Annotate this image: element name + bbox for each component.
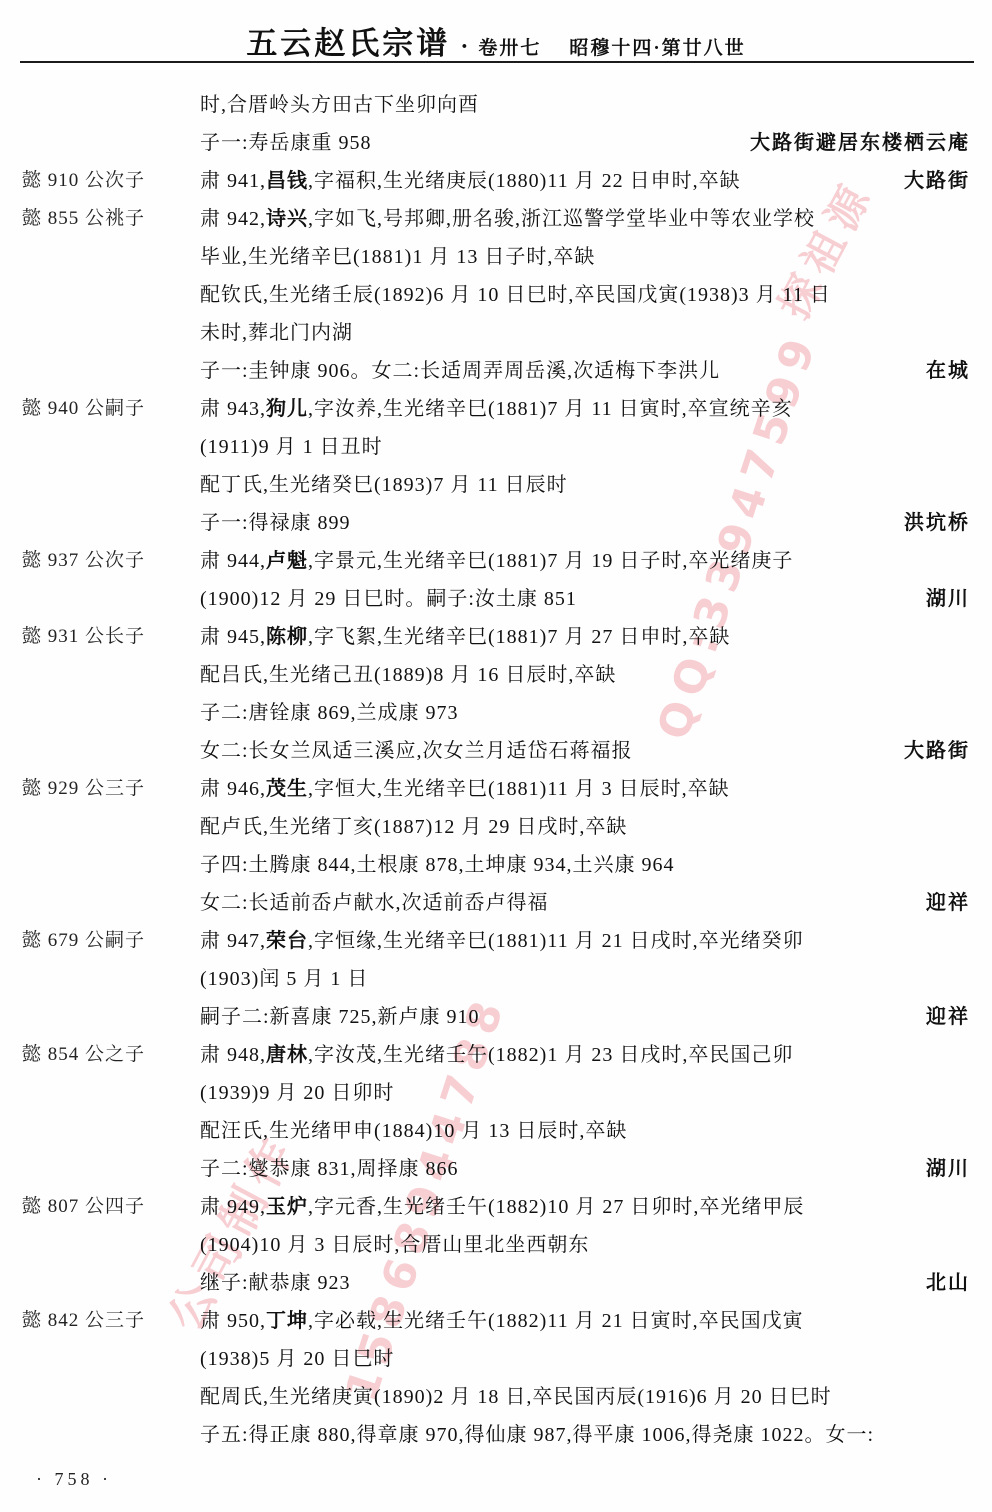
entry-line: (1904)10 月 3 日辰时,合厝山里北坐西朝东 — [0, 1226, 992, 1264]
location-tag: 迎祥 — [926, 998, 970, 1036]
text-segment: 肃 950, — [200, 1310, 266, 1332]
entry-line: 子五:得正康 880,得章康 970,得仙康 987,得平康 1006,得尧康 … — [0, 1416, 992, 1454]
text-segment: 子四:土腾康 844,土根康 878,土坤康 934,土兴康 964 — [200, 854, 675, 876]
entry-line: 懿 842 公三子肃 950,丁坤,字必载,生光绪壬午(1882)11 月 21… — [0, 1302, 992, 1340]
entry-text: 肃 945,陈柳,字飞絮,生光绪辛巳(1881)7 月 27 日申时,卒缺 — [200, 618, 992, 656]
text-segment: (1938)5 月 20 日巳时 — [200, 1348, 394, 1370]
entry-line: (1939)9 月 20 日卯时 — [0, 1074, 992, 1112]
entry-line: 子二:燮恭康 831,周择康 866湖川 — [0, 1150, 992, 1188]
entry-line: 配丁氏,生光绪癸巳(1893)7 月 11 日辰时 — [0, 466, 992, 504]
person-name: 唐林 — [266, 1044, 308, 1066]
entry-line: 配钦氏,生光绪壬辰(1892)6 月 10 日巳时,卒民国戊寅(1938)3 月… — [0, 276, 992, 314]
entry-text: 子二:唐铨康 869,兰成康 973 — [200, 694, 992, 732]
text-segment: 肃 942, — [200, 208, 266, 230]
margin-label: 懿 855 公祧子 — [22, 200, 145, 238]
text-segment: 子二:燮恭康 831,周择康 866 — [200, 1158, 459, 1180]
entry-text: 子五:得正康 880,得章康 970,得仙康 987,得平康 1006,得尧康 … — [200, 1416, 992, 1454]
location-tag: 大路街 — [904, 162, 970, 200]
margin-label: 懿 931 公长子 — [22, 618, 145, 656]
entry-text: 配吕氏,生光绪己丑(1889)8 月 16 日辰时,卒缺 — [200, 656, 992, 694]
entry-text: 配丁氏,生光绪癸巳(1893)7 月 11 日辰时 — [200, 466, 992, 504]
person-name: 茂生 — [266, 778, 308, 800]
entry-line: 懿 854 公之子肃 948,唐林,字汝茂,生光绪壬午(1882)1 月 23 … — [0, 1036, 992, 1074]
person-name: 昌钱 — [266, 170, 308, 192]
entry-line: (1911)9 月 1 日丑时 — [0, 428, 992, 466]
margin-label: 懿 910 公次子 — [22, 162, 145, 200]
text-segment: ,字恒大,生光绪辛巳(1881)11 月 3 日辰时,卒缺 — [308, 778, 730, 800]
text-segment: 配吕氏,生光绪己丑(1889)8 月 16 日辰时,卒缺 — [200, 664, 616, 686]
book-title: 五云赵氏宗谱 — [246, 18, 450, 63]
text-segment: 肃 941, — [200, 170, 266, 192]
location-tag: 湖川 — [926, 1150, 970, 1188]
entry-text: 肃 948,唐林,字汝茂,生光绪壬午(1882)1 月 23 日戌时,卒民国己卯 — [200, 1036, 992, 1074]
text-segment: (1911)9 月 1 日丑时 — [200, 436, 383, 458]
entry-text: 子二:燮恭康 831,周择康 866 — [200, 1150, 992, 1188]
text-segment: 嗣子二:新喜康 725,新卢康 910 — [200, 1006, 480, 1028]
entry-text: 继子:献恭康 923 — [200, 1264, 992, 1302]
text-segment: 子五:得正康 880,得章康 970,得仙康 987,得平康 1006,得尧康 … — [200, 1424, 874, 1446]
entry-line: 配吕氏,生光绪己丑(1889)8 月 16 日辰时,卒缺 — [0, 656, 992, 694]
entry-text: 配卢氏,生光绪丁亥(1887)12 月 29 日戌时,卒缺 — [200, 808, 992, 846]
entry-line: (1900)12 月 29 日巳时。嗣子:汝土康 851湖川 — [0, 580, 992, 618]
header-divider — [20, 61, 974, 63]
entry-line: 继子:献恭康 923北山 — [0, 1264, 992, 1302]
entry-line: 嗣子二:新喜康 725,新卢康 910迎祥 — [0, 998, 992, 1036]
entry-text: (1903)闰 5 月 1 日 — [200, 960, 992, 998]
text-segment: ,字恒缘,生光绪辛巳(1881)11 月 21 日戌时,卒光绪癸卯 — [308, 930, 804, 952]
entry-text: 时,合厝岭头方田古下坐卯向酉 — [200, 86, 992, 124]
title-separator-dot: · — [460, 34, 468, 61]
text-segment: (1903)闰 5 月 1 日 — [200, 968, 368, 990]
text-segment: 配汪氏,生光绪甲申(1884)10 月 13 日辰时,卒缺 — [200, 1120, 627, 1142]
margin-label: 懿 807 公四子 — [22, 1188, 145, 1226]
text-segment: 肃 947, — [200, 930, 266, 952]
entry-text: 嗣子二:新喜康 725,新卢康 910 — [200, 998, 992, 1036]
margin-label: 懿 940 公嗣子 — [22, 390, 145, 428]
entry-line: 配汪氏,生光绪甲申(1884)10 月 13 日辰时,卒缺 — [0, 1112, 992, 1150]
location-tag: 大路街 — [904, 732, 970, 770]
entry-line: 懿 679 公嗣子肃 947,荣台,字恒缘,生光绪辛巳(1881)11 月 21… — [0, 922, 992, 960]
location-tag: 洪坑桥 — [904, 504, 970, 542]
entry-line: 懿 929 公三子肃 946,茂生,字恒大,生光绪辛巳(1881)11 月 3 … — [0, 770, 992, 808]
location-tag: 大路街避居东楼栖云庵 — [750, 124, 970, 162]
entry-text: 肃 944,卢魁,字景元,生光绪辛巳(1881)7 月 19 日子时,卒光绪庚子 — [200, 542, 992, 580]
entry-text: 配钦氏,生光绪壬辰(1892)6 月 10 日巳时,卒民国戊寅(1938)3 月… — [200, 276, 992, 314]
entry-lines: 时,合厝岭头方田古下坐卯向酉子一:寿岳康重 958大路街避居东楼栖云庵懿 910… — [0, 86, 992, 1454]
entry-line: 子一:寿岳康重 958大路街避居东楼栖云庵 — [0, 124, 992, 162]
person-name: 卢魁 — [266, 550, 308, 572]
entry-text: 肃 950,丁坤,字必载,生光绪壬午(1882)11 月 21 日寅时,卒民国戊… — [200, 1302, 992, 1340]
entry-line: 懿 855 公祧子肃 942,诗兴,字如飞,号邦卿,册名骏,浙江巡警学堂毕业中等… — [0, 200, 992, 238]
text-segment: ,字飞絮,生光绪辛巳(1881)7 月 27 日申时,卒缺 — [308, 626, 730, 648]
entry-text: 未时,葬北门内湖 — [200, 314, 992, 352]
text-segment: 肃 944, — [200, 550, 266, 572]
entry-line: 懿 910 公次子肃 941,昌钱,字福积,生光绪庚辰(1880)11 月 22… — [0, 162, 992, 200]
entry-text: 肃 947,荣台,字恒缘,生光绪辛巳(1881)11 月 21 日戌时,卒光绪癸… — [200, 922, 992, 960]
text-segment: ,字汝茂,生光绪壬午(1882)1 月 23 日戌时,卒民国己卯 — [308, 1044, 793, 1066]
entry-text: (1938)5 月 20 日巳时 — [200, 1340, 992, 1378]
entry-text: (1900)12 月 29 日巳时。嗣子:汝土康 851 — [200, 580, 992, 618]
volume-label: 卷卅七 — [478, 33, 541, 60]
text-segment: 毕业,生光绪辛巳(1881)1 月 13 日子时,卒缺 — [200, 246, 595, 268]
text-segment: 子二:唐铨康 869,兰成康 973 — [200, 702, 459, 724]
entry-line: 子一:圭钟康 906。女二:长适周弄周岳溪,次适梅下李洪儿在城 — [0, 352, 992, 390]
text-segment: 配卢氏,生光绪丁亥(1887)12 月 29 日戌时,卒缺 — [200, 816, 627, 838]
entry-line: 配卢氏,生光绪丁亥(1887)12 月 29 日戌时,卒缺 — [0, 808, 992, 846]
text-segment: 子一:得禄康 899 — [200, 512, 351, 534]
text-segment: 时,合厝岭头方田古下坐卯向酉 — [200, 94, 479, 116]
text-segment: ,字景元,生光绪辛巳(1881)7 月 19 日子时,卒光绪庚子 — [308, 550, 793, 572]
page-number: · 758 · — [36, 1469, 112, 1490]
entry-line: (1903)闰 5 月 1 日 — [0, 960, 992, 998]
text-segment: 子一:圭钟康 906。女二:长适周弄周岳溪,次适梅下李洪儿 — [200, 360, 720, 382]
text-segment: 肃 943, — [200, 398, 266, 420]
person-name: 丁坤 — [266, 1310, 308, 1332]
entry-text: 肃 942,诗兴,字如飞,号邦卿,册名骏,浙江巡警学堂毕业中等农业学校 — [200, 200, 992, 238]
genealogy-page: 五云赵氏宗谱 · 卷卅七 昭穆十四·第廿八世 探祖源QQ:33947599158… — [0, 0, 992, 1512]
entry-line: 懿 940 公嗣子肃 943,狗儿,字汝养,生光绪辛巳(1881)7 月 11 … — [0, 390, 992, 428]
entry-line: 配周氏,生光绪庚寅(1890)2 月 18 日,卒民国丙辰(1916)6 月 2… — [0, 1378, 992, 1416]
text-segment: ,字必载,生光绪壬午(1882)11 月 21 日寅时,卒民国戊寅 — [308, 1310, 804, 1332]
entry-text: 毕业,生光绪辛巳(1881)1 月 13 日子时,卒缺 — [200, 238, 992, 276]
entry-text: 子一:得禄康 899 — [200, 504, 992, 542]
text-segment: ,字元香,生光绪壬午(1882)10 月 27 日卯时,卒光绪甲辰 — [308, 1196, 804, 1218]
location-tag: 迎祥 — [926, 884, 970, 922]
entry-line: 毕业,生光绪辛巳(1881)1 月 13 日子时,卒缺 — [0, 238, 992, 276]
entry-line: 懿 807 公四子肃 949,玉炉,字元香,生光绪壬午(1882)10 月 27… — [0, 1188, 992, 1226]
text-segment: 肃 946, — [200, 778, 266, 800]
entry-text: 肃 946,茂生,字恒大,生光绪辛巳(1881)11 月 3 日辰时,卒缺 — [200, 770, 992, 808]
entry-line: 子一:得禄康 899洪坑桥 — [0, 504, 992, 542]
margin-label: 懿 679 公嗣子 — [22, 922, 145, 960]
text-segment: 肃 949, — [200, 1196, 266, 1218]
entry-line: 女二:长适前岙卢献水,次适前岙卢得福迎祥 — [0, 884, 992, 922]
text-segment: 女二:长女兰凤适三溪应,次女兰月适岱石蒋福报 — [200, 740, 633, 762]
page-header: 五云赵氏宗谱 · 卷卅七 昭穆十四·第廿八世 — [0, 18, 992, 63]
entry-text: 肃 941,昌钱,字福积,生光绪庚辰(1880)11 月 22 日申时,卒缺 — [200, 162, 992, 200]
entry-text: (1904)10 月 3 日辰时,合厝山里北坐西朝东 — [200, 1226, 992, 1264]
person-name: 荣台 — [266, 930, 308, 952]
entry-line: 未时,葬北门内湖 — [0, 314, 992, 352]
text-segment: ,字汝养,生光绪辛巳(1881)7 月 11 日寅时,卒宣统辛亥 — [308, 398, 793, 420]
text-segment: 女二:长适前岙卢献水,次适前岙卢得福 — [200, 892, 549, 914]
person-name: 狗儿 — [266, 398, 308, 420]
entry-text: 子四:土腾康 844,土根康 878,土坤康 934,土兴康 964 — [200, 846, 992, 884]
margin-label: 懿 937 公次子 — [22, 542, 145, 580]
entry-line: 时,合厝岭头方田古下坐卯向酉 — [0, 86, 992, 124]
entry-line: 子四:土腾康 844,土根康 878,土坤康 934,土兴康 964 — [0, 846, 992, 884]
text-segment: 配丁氏,生光绪癸巳(1893)7 月 11 日辰时 — [200, 474, 568, 496]
entry-text: 肃 949,玉炉,字元香,生光绪壬午(1882)10 月 27 日卯时,卒光绪甲… — [200, 1188, 992, 1226]
margin-label: 懿 929 公三子 — [22, 770, 145, 808]
entry-line: 子二:唐铨康 869,兰成康 973 — [0, 694, 992, 732]
text-segment: 继子:献恭康 923 — [200, 1272, 351, 1294]
generation-label: 昭穆十四·第廿八世 — [569, 33, 745, 60]
entry-text: 子一:圭钟康 906。女二:长适周弄周岳溪,次适梅下李洪儿 — [200, 352, 992, 390]
text-segment: (1904)10 月 3 日辰时,合厝山里北坐西朝东 — [200, 1234, 589, 1256]
entry-text: 配周氏,生光绪庚寅(1890)2 月 18 日,卒民国丙辰(1916)6 月 2… — [200, 1378, 992, 1416]
text-segment: (1939)9 月 20 日卯时 — [200, 1082, 394, 1104]
person-name: 陈柳 — [266, 626, 308, 648]
entry-line: 懿 931 公长子肃 945,陈柳,字飞絮,生光绪辛巳(1881)7 月 27 … — [0, 618, 992, 656]
entry-text: 肃 943,狗儿,字汝养,生光绪辛巳(1881)7 月 11 日寅时,卒宣统辛亥 — [200, 390, 992, 428]
entry-text: 配汪氏,生光绪甲申(1884)10 月 13 日辰时,卒缺 — [200, 1112, 992, 1150]
text-segment: 配钦氏,生光绪壬辰(1892)6 月 10 日巳时,卒民国戊寅(1938)3 月… — [200, 284, 831, 306]
entry-line: (1938)5 月 20 日巳时 — [0, 1340, 992, 1378]
text-segment: (1900)12 月 29 日巳时。嗣子:汝土康 851 — [200, 588, 577, 610]
location-tag: 北山 — [926, 1264, 970, 1302]
margin-label: 懿 842 公三子 — [22, 1302, 145, 1340]
entry-text: (1939)9 月 20 日卯时 — [200, 1074, 992, 1112]
entry-text: (1911)9 月 1 日丑时 — [200, 428, 992, 466]
text-segment: 未时,葬北门内湖 — [200, 322, 353, 344]
text-segment: ,字福积,生光绪庚辰(1880)11 月 22 日申时,卒缺 — [308, 170, 741, 192]
text-segment: 肃 948, — [200, 1044, 266, 1066]
person-name: 诗兴 — [266, 208, 308, 230]
text-segment: 肃 945, — [200, 626, 266, 648]
entry-text: 女二:长女兰凤适三溪应,次女兰月适岱石蒋福报 — [200, 732, 992, 770]
entry-line: 女二:长女兰凤适三溪应,次女兰月适岱石蒋福报大路街 — [0, 732, 992, 770]
entry-text: 女二:长适前岙卢献水,次适前岙卢得福 — [200, 884, 992, 922]
text-segment: ,字如飞,号邦卿,册名骏,浙江巡警学堂毕业中等农业学校 — [308, 208, 815, 230]
margin-label: 懿 854 公之子 — [22, 1036, 145, 1074]
location-tag: 在城 — [926, 352, 970, 390]
entry-line: 懿 937 公次子肃 944,卢魁,字景元,生光绪辛巳(1881)7 月 19 … — [0, 542, 992, 580]
text-segment: 配周氏,生光绪庚寅(1890)2 月 18 日,卒民国丙辰(1916)6 月 2… — [200, 1386, 832, 1408]
text-segment: 子一:寿岳康重 958 — [200, 132, 372, 154]
person-name: 玉炉 — [266, 1196, 308, 1218]
location-tag: 湖川 — [926, 580, 970, 618]
